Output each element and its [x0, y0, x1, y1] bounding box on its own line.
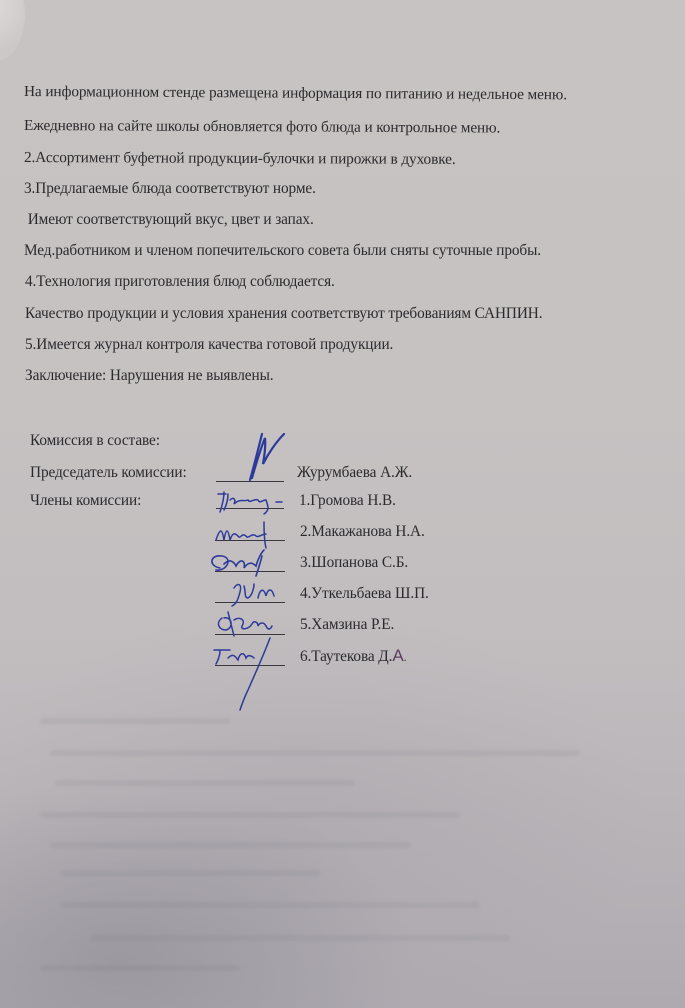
member-3-name: 3.Шопанова С.Б. — [300, 554, 408, 572]
member-6-name: 6.Таутекова Д.А. — [300, 647, 407, 666]
member-4-signature-line — [215, 602, 285, 603]
member-3-signature — [206, 548, 276, 583]
body-line-7: 4.Технология приготовления блюд соблюдае… — [25, 273, 335, 291]
body-line-5: Имеют соответствующий вкус, цвет и запах… — [24, 211, 314, 229]
document-page: На информационном стенде размещена инфор… — [0, 0, 685, 1008]
member-2-signature — [212, 520, 282, 553]
chair-label: Председатель комиссии: — [30, 464, 187, 482]
member-4-signature — [226, 578, 286, 613]
member-2-name: 2.Макажанова Н.А. — [300, 523, 425, 541]
member-6-name-text: 6.Таутекова Д. — [300, 648, 392, 665]
member-1-signature — [214, 488, 289, 519]
member-4-name: 4.Уткельбаева Ш.П. — [300, 585, 429, 603]
body-line-2: Ежедневно на сайте школы обновляется фот… — [24, 117, 500, 137]
member-6-period: . — [404, 650, 407, 664]
body-line-3: 2.Ассортимент буфетной продукции-булочки… — [24, 149, 456, 169]
member-1-signature-line — [216, 508, 284, 509]
chair-name: Журумбаева А.Ж. — [297, 464, 412, 482]
member-2-signature-line — [215, 540, 285, 541]
body-line-8: Качество продукции и условия хранения со… — [25, 305, 542, 323]
body-line-1: На информационном стенде размещена инфор… — [24, 83, 567, 104]
member-5-signature-line — [215, 634, 285, 635]
member-6-signature — [208, 634, 288, 719]
member-3-signature-line — [215, 571, 285, 572]
chair-signature — [232, 428, 292, 493]
body-line-4: 3.Предлагаемые блюда соответствуют норме… — [24, 180, 316, 198]
body-line-6: Мед.работником и членом попечительского … — [24, 242, 541, 260]
member-6-initial-handwritten: А — [392, 646, 403, 665]
member-5-signature — [212, 608, 282, 643]
chair-signature-line — [216, 481, 284, 482]
commission-heading: Комиссия в составе: — [30, 432, 160, 450]
member-6-signature-line — [215, 665, 285, 666]
member-1-name: 1.Громова Н.В. — [299, 492, 396, 510]
member-5-name: 5.Хамзина Р.Е. — [300, 616, 394, 634]
members-label: Члены комиссии: — [30, 492, 141, 510]
conclusion-line: Заключение: Нарушения не выявлены. — [25, 367, 273, 385]
body-line-9: 5.Имеется журнал контроля качества готов… — [25, 336, 393, 354]
